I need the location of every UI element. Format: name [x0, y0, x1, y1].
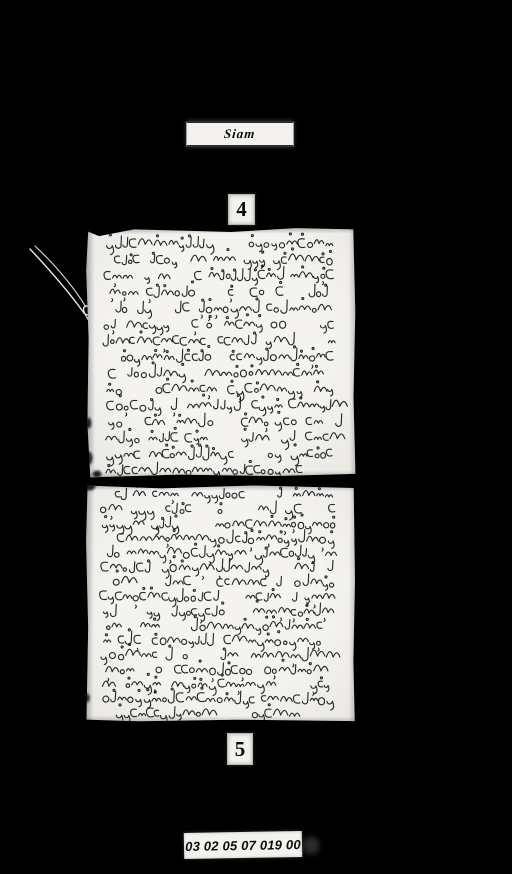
- catalog-number-label: 03 02 05 07 019 00: [184, 831, 302, 859]
- manuscript-handwriting-bottom: [85, 484, 357, 724]
- page-number-label-4: 4: [228, 194, 255, 225]
- collection-label: Siam: [186, 121, 294, 147]
- manuscript-page-bottom: [85, 484, 357, 724]
- page-edge-smudge: [84, 694, 90, 703]
- page-edge-smudge: [85, 418, 91, 429]
- collection-label-text: Siam: [223, 126, 256, 142]
- manuscript-handwriting-top: [85, 226, 356, 478]
- page-corner-smudge: [83, 482, 95, 491]
- page-corner-smudge: [93, 471, 102, 478]
- manuscript-page-top: [85, 226, 356, 478]
- catalog-label-smear: [303, 837, 319, 854]
- page-edge-smudge: [84, 452, 92, 465]
- page-number-label-5: 5: [227, 733, 253, 765]
- page-number-5-text: 5: [235, 737, 246, 762]
- binding-thread: [26, 244, 92, 330]
- catalog-number-text: 03 02 05 07 019 00: [185, 836, 301, 853]
- page-number-4-text: 4: [236, 197, 247, 222]
- scanned-photograph: Siam 4 5 03 02 05 07 019 00: [0, 0, 512, 874]
